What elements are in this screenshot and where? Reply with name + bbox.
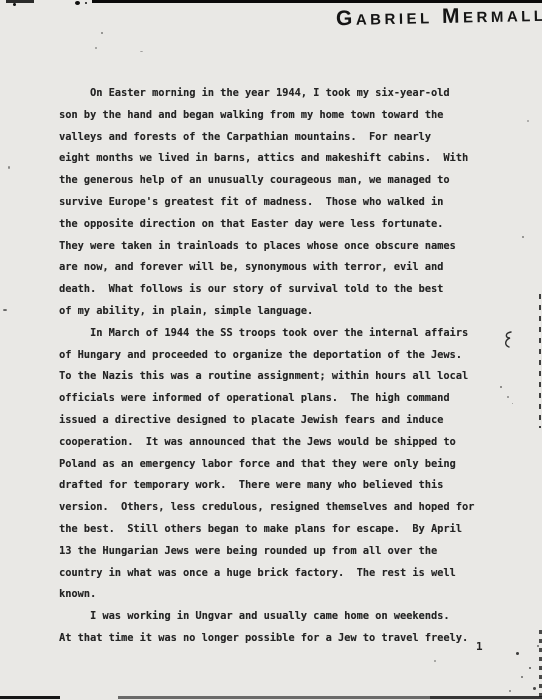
scan-speck xyxy=(522,236,524,238)
text-line: Poland as an emergency labor force and t… xyxy=(59,454,509,476)
text-line: They were taken in trainloads to places … xyxy=(59,236,509,258)
text-line: of Hungary and proceeded to organize the… xyxy=(59,345,509,367)
text-line: cooperation. It was announced that the J… xyxy=(59,432,509,454)
scan-speck xyxy=(140,51,143,52)
scan-speck xyxy=(529,667,531,669)
text-line: eight months we lived in barns, attics a… xyxy=(59,148,509,170)
scan-speck xyxy=(85,2,87,4)
scan-speck xyxy=(537,645,539,647)
scan-speck xyxy=(8,166,10,169)
text-line: known. xyxy=(59,584,509,606)
text-line: drafted for temporary work. There were m… xyxy=(59,475,509,497)
text-line: survive Europe's greatest fit of madness… xyxy=(59,192,509,214)
text-line: issued a directive designed to placate J… xyxy=(59,410,509,432)
text-line: son by the hand and began walking from m… xyxy=(59,105,509,127)
scan-speck xyxy=(3,309,7,311)
text-line: are now, and forever will be, synonymous… xyxy=(59,257,509,279)
scan-artifact-right-edge xyxy=(539,294,541,428)
scan-speck xyxy=(533,687,536,690)
scan-artifact-bottom-edge xyxy=(0,696,542,699)
text-line: valleys and forests of the Carpathian mo… xyxy=(59,127,509,149)
text-line: death. What follows is our story of surv… xyxy=(59,279,509,301)
text-line: At that time it was no longer possible f… xyxy=(59,628,509,650)
text-line: In March of 1944 the SS troops took over… xyxy=(59,323,509,345)
text-line: the generous help of an unusually courag… xyxy=(59,170,509,192)
scan-speck xyxy=(512,403,513,404)
text-line: country in what was once a huge brick fa… xyxy=(59,563,509,585)
scan-artifact-top-edge xyxy=(0,0,542,3)
scan-speck xyxy=(75,1,80,5)
text-line: 13 the Hungarian Jews were being rounded… xyxy=(59,541,509,563)
scan-speck xyxy=(13,3,16,6)
text-line: the opposite direction on that Easter da… xyxy=(59,214,509,236)
scan-speck xyxy=(509,690,511,692)
text-line: version. Others, less credulous, resigne… xyxy=(59,497,509,519)
text-line: To the Nazis this was a routine assignme… xyxy=(59,366,509,388)
page-number: 1 xyxy=(476,640,483,653)
scanned-document-page: Gabriel Mermall On Easter morning in the… xyxy=(0,0,542,700)
scan-speck xyxy=(527,120,529,122)
scan-speck xyxy=(521,676,523,678)
text-line: On Easter morning in the year 1944, I to… xyxy=(59,83,509,105)
text-line: the best. Still others began to make pla… xyxy=(59,519,509,541)
scan-speck xyxy=(516,652,519,655)
handwritten-name: Gabriel Mermall xyxy=(336,3,542,31)
scan-speck xyxy=(101,32,103,34)
text-line: of my ability, in plain, simple language… xyxy=(59,301,509,323)
text-line: officials were informed of operational p… xyxy=(59,388,509,410)
scan-speck xyxy=(95,47,97,49)
text-line: I was working in Ungvar and usually came… xyxy=(59,606,509,628)
scan-speck xyxy=(434,660,436,662)
document-lines: On Easter morning in the year 1944, I to… xyxy=(59,83,509,650)
